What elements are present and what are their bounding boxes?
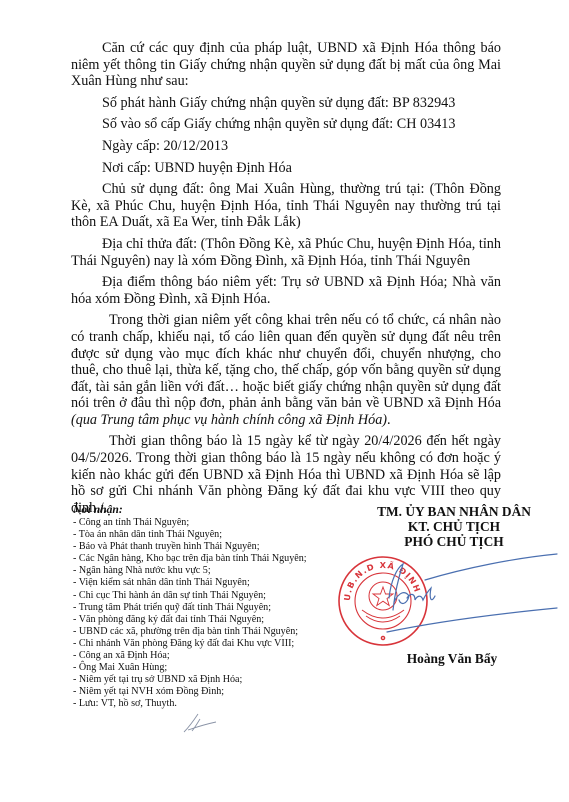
recipient-item: - Báo và Phát thanh truyền hình Thái Ngu…: [73, 541, 353, 553]
signature-title-1: TM. ỦY BAN NHÂN DÂN: [352, 504, 556, 519]
recipient-item: - Công an xã Định Hóa;: [73, 650, 353, 662]
certificate-serial: Số phát hành Giấy chứng nhận quyền sử dụ…: [71, 95, 501, 112]
posting-location: Địa điểm thông báo niêm yết: Trụ sở UBND…: [71, 274, 501, 307]
signature-title-2: KT. CHỦ TỊCH: [352, 519, 556, 534]
recipient-item: - Công an tỉnh Thái Nguyên;: [73, 517, 353, 529]
recipient-item: - Văn phòng đăng ký đất đai tỉnh Thái Ng…: [73, 614, 353, 626]
signer-name: Hoàng Văn Bẩy: [372, 651, 532, 667]
initial-mark-icon: [180, 712, 220, 734]
recipients-title: Nơi nhận:: [73, 503, 353, 516]
dispute-suffix: .: [387, 412, 391, 428]
recipient-item: - Chi cục Thi hành án dân sự tỉnh Thái N…: [73, 590, 353, 602]
intro-paragraph: Căn cứ các quy định của pháp luật, UBND …: [71, 40, 501, 90]
recipient-item: - Niêm yết tại NVH xóm Đồng Đình;: [73, 686, 353, 698]
recipient-item: - Tòa án nhân dân tỉnh Thái Nguyên;: [73, 529, 353, 541]
dispute-italic-note: (qua Trung tâm phục vụ hành chính công x…: [71, 412, 387, 428]
dispute-text: Trong thời gian niêm yết công khai trên …: [71, 312, 501, 411]
recipient-item: - Viện kiểm sát nhân dân tỉnh Thái Nguyê…: [73, 577, 353, 589]
recipient-item: - Chi nhánh Văn phòng Đăng ký đất đai Kh…: [73, 638, 353, 650]
issue-date: Ngày cấp: 20/12/2013: [71, 138, 501, 155]
signature-block: TM. ỦY BAN NHÂN DÂN KT. CHỦ TỊCH PHÓ CHỦ…: [352, 504, 556, 549]
recipient-item: - Niêm yết tại trụ sở UBND xã Định Hóa;: [73, 674, 353, 686]
parcel-address: Địa chỉ thửa đất: (Thôn Đồng Kè, xã Phúc…: [71, 236, 501, 269]
recipient-item: - Trung tâm Phát triển quỹ đất tỉnh Thái…: [73, 602, 353, 614]
recipient-item: - Ông Mai Xuân Hùng;: [73, 662, 353, 674]
registry-number: Số vào sổ cấp Giấy chứng nhận quyền sử d…: [71, 116, 501, 133]
dispute-paragraph: Trong thời gian niêm yết công khai trên …: [71, 312, 501, 428]
recipients-list: Nơi nhận: - Công an tỉnh Thái Nguyên;- T…: [73, 503, 353, 711]
issuing-authority: Nơi cấp: UBND huyện Định Hóa: [71, 160, 501, 177]
handwritten-signature-icon: [385, 552, 560, 647]
recipient-item: - Lưu: VT, hồ sơ, Thuyth.: [73, 698, 353, 710]
recipient-item: - UBND các xã, phường trên địa bàn tỉnh …: [73, 626, 353, 638]
recipient-item: - Ngân hàng Nhà nước khu vực 5;: [73, 565, 353, 577]
notice-body: Căn cứ các quy định của pháp luật, UBND …: [71, 40, 501, 521]
land-owner: Chủ sử dụng đất: ông Mai Xuân Hùng, thườ…: [71, 181, 501, 231]
signature-title-3: PHÓ CHỦ TỊCH: [352, 534, 556, 549]
recipient-item: - Các Ngân hàng, Kho bạc trên địa bàn tỉ…: [73, 553, 353, 565]
document-page: Căn cứ các quy định của pháp luật, UBND …: [0, 0, 569, 802]
